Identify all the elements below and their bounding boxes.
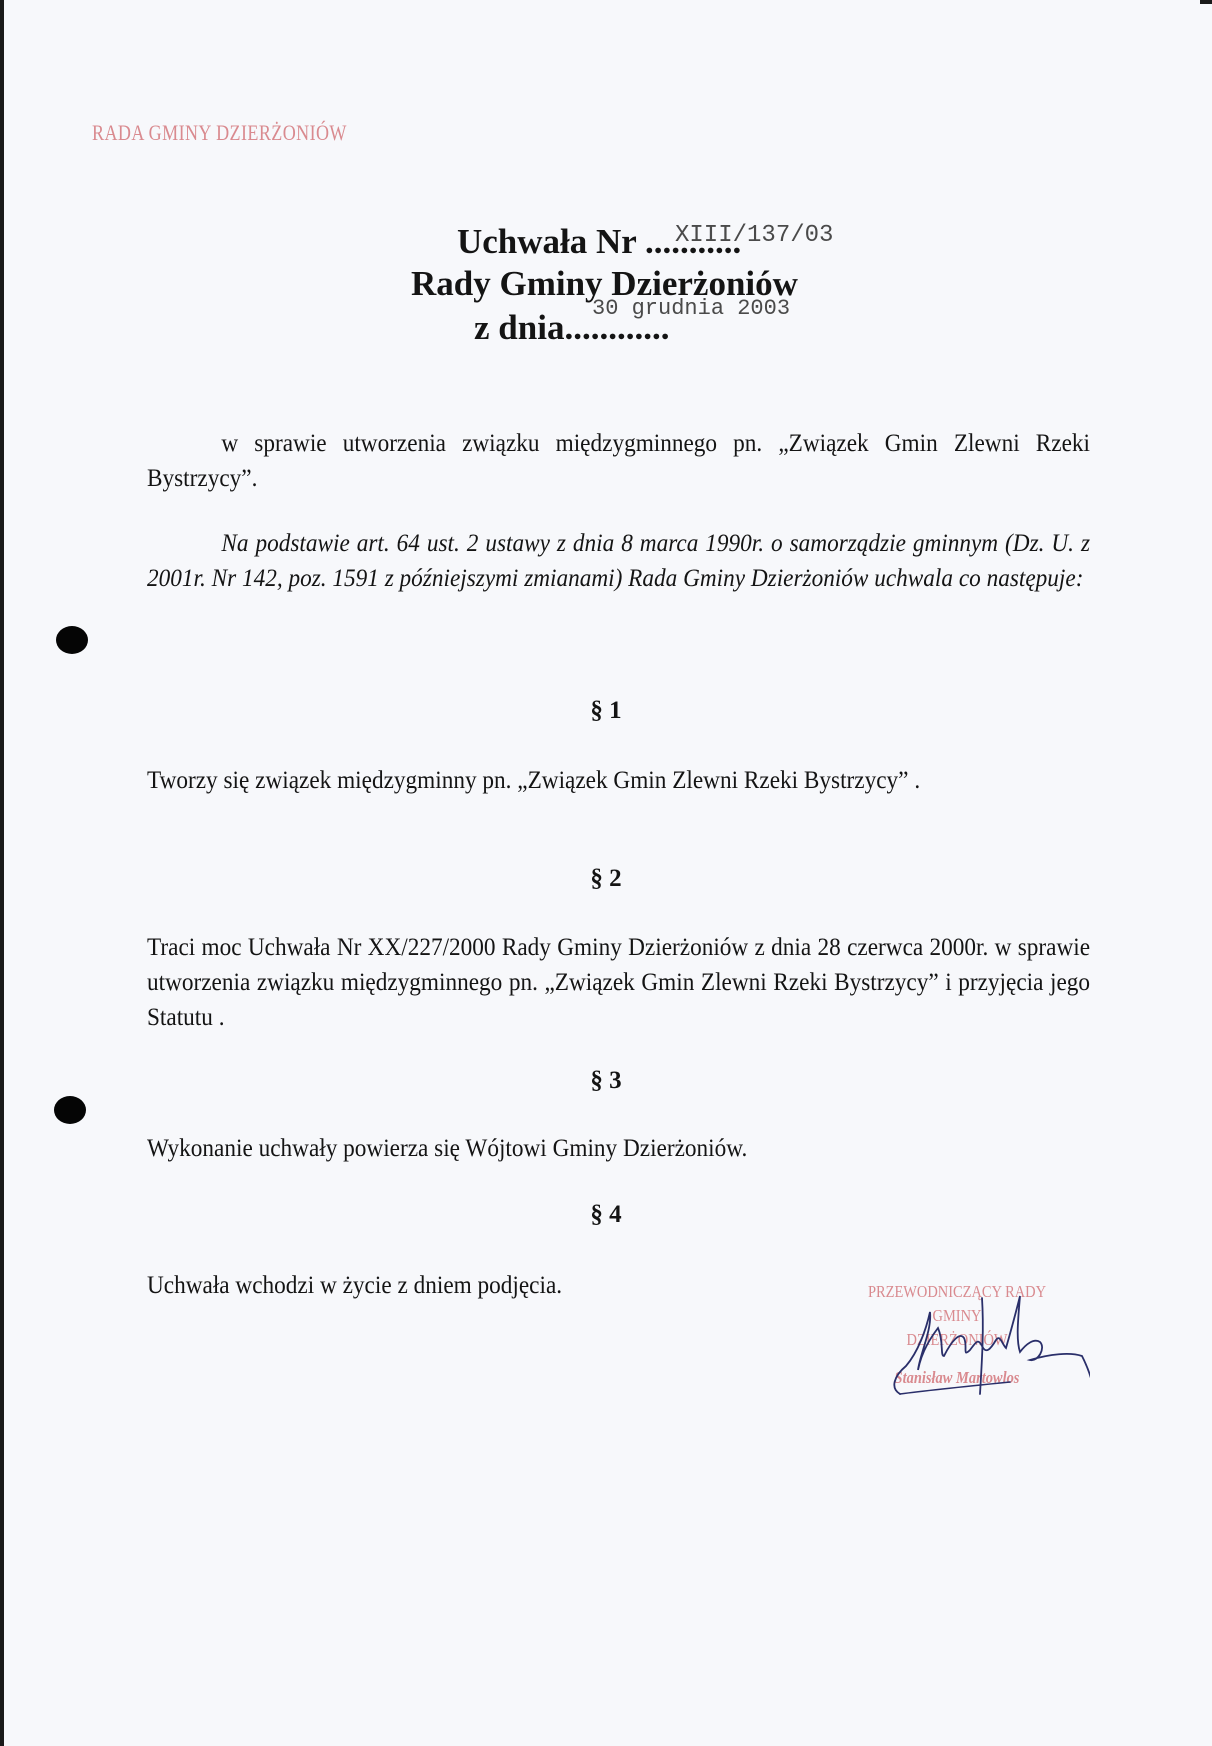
section-3-mark: § 3 bbox=[0, 1067, 1212, 1095]
section-1-mark: § 1 bbox=[0, 697, 1212, 725]
title-prefix: Uchwała Nr bbox=[457, 222, 645, 261]
date-prefix: z dnia bbox=[474, 308, 564, 347]
council-header-stamp: RADA GMINY DZIERŻONIÓW bbox=[92, 120, 347, 146]
subject-text: w sprawie utworzenia związku międzygminn… bbox=[147, 430, 1090, 492]
scan-corner-mark bbox=[1200, 0, 1212, 4]
punch-hole-top bbox=[56, 626, 88, 654]
section-2-text: Traci moc Uchwała Nr XX/227/2000 Rady Gm… bbox=[147, 930, 1090, 1035]
section-2-mark: § 2 bbox=[0, 865, 1212, 893]
section-4-text: Uchwała wchodzi w życie z dniem podjęcia… bbox=[147, 1268, 705, 1303]
section-3-text: Wykonanie uchwały powierza się Wójtowi G… bbox=[147, 1131, 1090, 1166]
title-line-3: z dnia............ bbox=[474, 308, 669, 348]
resolution-number: XIII/137/03 bbox=[675, 222, 833, 249]
date-dots: ............ bbox=[564, 308, 669, 347]
section-4-mark: § 4 bbox=[0, 1201, 1212, 1229]
legal-basis-text: Na podstawie art. 64 ust. 2 ustawy z dni… bbox=[147, 530, 1090, 592]
legal-basis-paragraph: Na podstawie art. 64 ust. 2 ustawy z dni… bbox=[147, 526, 1090, 596]
punch-hole-bottom bbox=[54, 1096, 86, 1124]
section-1-text: Tworzy się związek międzygminny pn. „Zwi… bbox=[147, 763, 1090, 798]
handwritten-signature bbox=[860, 1290, 1090, 1400]
subject-paragraph: w sprawie utworzenia związku międzygminn… bbox=[147, 426, 1090, 496]
